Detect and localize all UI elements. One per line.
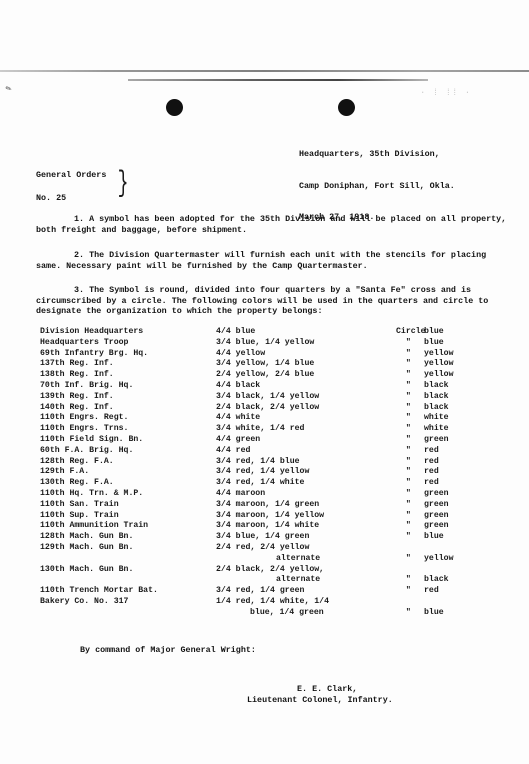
unit-name: 128th Reg. F.A. bbox=[40, 457, 114, 466]
pencil-mark: ✎ bbox=[4, 83, 13, 94]
color-assignment-table: Division Headquarters4/4 blueCircleblueH… bbox=[40, 327, 520, 619]
quarter-colors: 4/4 white bbox=[216, 413, 260, 422]
table-row: 110th Engrs. Regt.4/4 white "white bbox=[40, 413, 520, 424]
quarter-colors: 2/4 black, 2/4 yellow bbox=[216, 403, 319, 412]
quarter-colors: 3/4 red, 1/4 blue bbox=[216, 457, 300, 466]
table-row: 128th Reg. F.A.3/4 red, 1/4 blue "red bbox=[40, 457, 520, 468]
table-row-continuation: alternate "black bbox=[40, 575, 520, 586]
paragraph-1: 1. A symbol has been adopted for the 35t… bbox=[36, 214, 516, 235]
paragraph-2: 2. The Division Quartermaster will furni… bbox=[36, 250, 516, 271]
circle-color: red bbox=[424, 467, 439, 476]
unit-name: 130th Mach. Gun Bn. bbox=[40, 565, 133, 574]
circle-color: yellow bbox=[424, 349, 453, 358]
table-row: 130th Mach. Gun Bn.2/4 black, 2/4 yellow… bbox=[40, 565, 520, 576]
table-row-continuation: blue, 1/4 green "blue bbox=[40, 608, 520, 619]
unit-name: 110th Engrs. Trns. bbox=[40, 424, 128, 433]
unit-name: 60th F.A. Brig. Hq. bbox=[40, 446, 133, 455]
document-page: ✎ · ⁞ ⁞⁞ · Headquarters, 35th Division, … bbox=[0, 0, 529, 764]
quarter-colors-continuation: alternate bbox=[276, 575, 320, 584]
unit-name: 110th Hq. Trn. & M.P. bbox=[40, 489, 143, 498]
ditto-mark: " bbox=[396, 489, 411, 498]
unit-name: 138th Reg. Inf. bbox=[40, 370, 114, 379]
ditto-mark: " bbox=[396, 370, 411, 379]
unit-name: 110th San. Train bbox=[40, 500, 119, 509]
table-row: 139th Reg. Inf.3/4 black, 1/4 yellow "bl… bbox=[40, 392, 520, 403]
quarter-colors: 2/4 yellow, 2/4 blue bbox=[216, 370, 314, 379]
ditto-mark: " bbox=[396, 608, 411, 617]
ditto-mark: " bbox=[396, 500, 411, 509]
quarter-colors: 3/4 red, 1/4 white bbox=[216, 478, 304, 487]
unit-name: Bakery Co. No. 317 bbox=[40, 597, 128, 606]
circle-color: green bbox=[424, 500, 449, 509]
quarter-colors: 3/4 maroon, 1/4 white bbox=[216, 521, 319, 530]
paragraph-3: 3. The Symbol is round, divided into fou… bbox=[36, 285, 516, 317]
table-row: 110th San. Train3/4 maroon, 1/4 green "g… bbox=[40, 500, 520, 511]
unit-name: Headquarters Troop bbox=[40, 338, 128, 347]
quarter-colors: 3/4 blue, 1/4 yellow bbox=[216, 338, 314, 347]
quarter-colors-continuation: alternate bbox=[276, 554, 320, 563]
circle-color: white bbox=[424, 424, 449, 433]
unit-name: 69th Infantry Brg. Hq. bbox=[40, 349, 148, 358]
circle-color: black bbox=[424, 575, 449, 584]
table-row: 137th Reg. Inf.3/4 yellow, 1/4 blue "yel… bbox=[40, 359, 520, 370]
ditto-mark: " bbox=[396, 338, 411, 347]
unit-name: 129th Mach. Gun Bn. bbox=[40, 543, 133, 552]
ditto-mark: " bbox=[396, 586, 411, 595]
table-row: 70th Inf. Brig. Hq.4/4 black "black bbox=[40, 381, 520, 392]
ditto-mark: " bbox=[396, 467, 411, 476]
quarter-colors: 3/4 blue, 1/4 green bbox=[216, 532, 309, 541]
unit-name: 110th Sup. Train bbox=[40, 511, 119, 520]
faded-stamp: · ⁞ ⁞⁞ · bbox=[420, 88, 471, 98]
unit-name: 129th F.A. bbox=[40, 467, 89, 476]
table-row: 130th Reg. F.A.3/4 red, 1/4 white "red bbox=[40, 478, 520, 489]
circle-color: green bbox=[424, 435, 449, 444]
ditto-mark: " bbox=[396, 478, 411, 487]
ditto-mark: " bbox=[396, 575, 411, 584]
ditto-mark: " bbox=[396, 532, 411, 541]
table-row: 110th Trench Mortar Bat.3/4 red, 1/4 gre… bbox=[40, 586, 520, 597]
table-row: 69th Infantry Brg. Hq.4/4 yellow "yellow bbox=[40, 349, 520, 360]
signature-name: E. E. Clark, bbox=[297, 684, 357, 695]
quarter-colors: 3/4 white, 1/4 red bbox=[216, 424, 304, 433]
ditto-mark: " bbox=[396, 457, 411, 466]
quarter-colors: 4/4 green bbox=[216, 435, 260, 444]
closing-line: By command of Major General Wright: bbox=[80, 645, 256, 656]
circle-color: yellow bbox=[424, 370, 453, 379]
circle-color: yellow bbox=[424, 554, 453, 563]
ditto-mark: " bbox=[396, 381, 411, 390]
table-row: 110th Engrs. Trns.3/4 white, 1/4 red "wh… bbox=[40, 424, 520, 435]
circle-color: red bbox=[424, 478, 439, 487]
circle-header: Circle bbox=[396, 327, 425, 336]
table-row: 110th Hq. Trn. & M.P.4/4 maroon "green bbox=[40, 489, 520, 500]
unit-name: 70th Inf. Brig. Hq. bbox=[40, 381, 133, 390]
scan-shadow-line bbox=[128, 79, 428, 81]
table-row: 129th Mach. Gun Bn.2/4 red, 2/4 yellow bbox=[40, 543, 520, 554]
unit-name: Division Headquarters bbox=[40, 327, 143, 336]
quarter-colors: 4/4 blue bbox=[216, 327, 255, 336]
circle-color: green bbox=[424, 489, 449, 498]
unit-name: 139th Reg. Inf. bbox=[40, 392, 114, 401]
ditto-mark: " bbox=[396, 554, 411, 563]
table-row: 60th F.A. Brig. Hq.4/4 red "red bbox=[40, 446, 520, 457]
circle-color: red bbox=[424, 586, 439, 595]
quarter-colors: 4/4 yellow bbox=[216, 349, 265, 358]
punch-hole-right bbox=[338, 99, 355, 116]
ditto-mark: " bbox=[396, 403, 411, 412]
quarter-colors: 2/4 red, 2/4 yellow bbox=[216, 543, 309, 552]
unit-name: 140th Reg. Inf. bbox=[40, 403, 114, 412]
circle-color: black bbox=[424, 381, 449, 390]
table-row: Headquarters Troop3/4 blue, 1/4 yellow "… bbox=[40, 338, 520, 349]
quarter-colors: 4/4 red bbox=[216, 446, 250, 455]
circle-color: yellow bbox=[424, 359, 453, 368]
ditto-mark: " bbox=[396, 521, 411, 530]
ditto-mark: " bbox=[396, 511, 411, 520]
signature-title: Lieutenant Colonel, Infantry. bbox=[247, 695, 393, 706]
general-orders-label: General Orders bbox=[36, 170, 106, 181]
brace-mark: } bbox=[118, 165, 129, 203]
table-row: 110th Sup. Train3/4 maroon, 1/4 yellow "… bbox=[40, 511, 520, 522]
circle-color: black bbox=[424, 403, 449, 412]
quarter-colors: 3/4 black, 1/4 yellow bbox=[216, 392, 319, 401]
table-row: 110th Field Sign. Bn.4/4 green "green bbox=[40, 435, 520, 446]
unit-name: 110th Field Sign. Bn. bbox=[40, 435, 143, 444]
scan-edge-line bbox=[0, 70, 529, 72]
quarter-colors-continuation: blue, 1/4 green bbox=[250, 608, 324, 617]
circle-color: white bbox=[424, 413, 449, 422]
unit-name: 137th Reg. Inf. bbox=[40, 359, 114, 368]
general-orders-number: No. 25 bbox=[36, 193, 66, 204]
ditto-mark: " bbox=[396, 349, 411, 358]
quarter-colors: 3/4 maroon, 1/4 yellow bbox=[216, 511, 324, 520]
quarter-colors: 4/4 maroon bbox=[216, 489, 265, 498]
quarter-colors: 2/4 black, 2/4 yellow, bbox=[216, 565, 324, 574]
address-line: Headquarters, 35th Division, bbox=[299, 149, 455, 160]
circle-color: blue bbox=[424, 608, 444, 617]
table-row: 129th F.A.3/4 red, 1/4 yellow "red bbox=[40, 467, 520, 478]
circle-color: black bbox=[424, 392, 449, 401]
circle-color: blue bbox=[424, 338, 444, 347]
ditto-mark: " bbox=[396, 413, 411, 422]
ditto-mark: " bbox=[396, 446, 411, 455]
table-row: Bakery Co. No. 3171/4 red, 1/4 white, 1/… bbox=[40, 597, 520, 608]
quarter-colors: 3/4 red, 1/4 yellow bbox=[216, 467, 309, 476]
quarter-colors: 1/4 red, 1/4 white, 1/4 bbox=[216, 597, 329, 606]
ditto-mark: " bbox=[396, 392, 411, 401]
address-line: Camp Doniphan, Fort Sill, Okla. bbox=[299, 181, 455, 192]
circle-color: blue bbox=[424, 532, 444, 541]
circle-color: green bbox=[424, 511, 449, 520]
unit-name: 130th Reg. F.A. bbox=[40, 478, 114, 487]
quarter-colors: 3/4 maroon, 1/4 green bbox=[216, 500, 319, 509]
circle-color: blue bbox=[424, 327, 444, 336]
table-row: 140th Reg. Inf.2/4 black, 2/4 yellow "bl… bbox=[40, 403, 520, 414]
circle-color: green bbox=[424, 521, 449, 530]
table-row: 138th Reg. Inf.2/4 yellow, 2/4 blue "yel… bbox=[40, 370, 520, 381]
quarter-colors: 3/4 red, 1/4 green bbox=[216, 586, 304, 595]
table-row: 128th Mach. Gun Bn.3/4 blue, 1/4 green "… bbox=[40, 532, 520, 543]
unit-name: 110th Ammunition Train bbox=[40, 521, 148, 530]
quarter-colors: 3/4 yellow, 1/4 blue bbox=[216, 359, 314, 368]
ditto-mark: " bbox=[396, 359, 411, 368]
circle-color: red bbox=[424, 457, 439, 466]
table-row-continuation: alternate "yellow bbox=[40, 554, 520, 565]
unit-name: 110th Engrs. Regt. bbox=[40, 413, 128, 422]
table-row: Division Headquarters4/4 blueCircleblue bbox=[40, 327, 520, 338]
unit-name: 110th Trench Mortar Bat. bbox=[40, 586, 158, 595]
quarter-colors: 4/4 black bbox=[216, 381, 260, 390]
circle-color: red bbox=[424, 446, 439, 455]
ditto-mark: " bbox=[396, 435, 411, 444]
unit-name: 128th Mach. Gun Bn. bbox=[40, 532, 133, 541]
ditto-mark: " bbox=[396, 424, 411, 433]
punch-hole-left bbox=[166, 99, 183, 116]
table-row: 110th Ammunition Train3/4 maroon, 1/4 wh… bbox=[40, 521, 520, 532]
